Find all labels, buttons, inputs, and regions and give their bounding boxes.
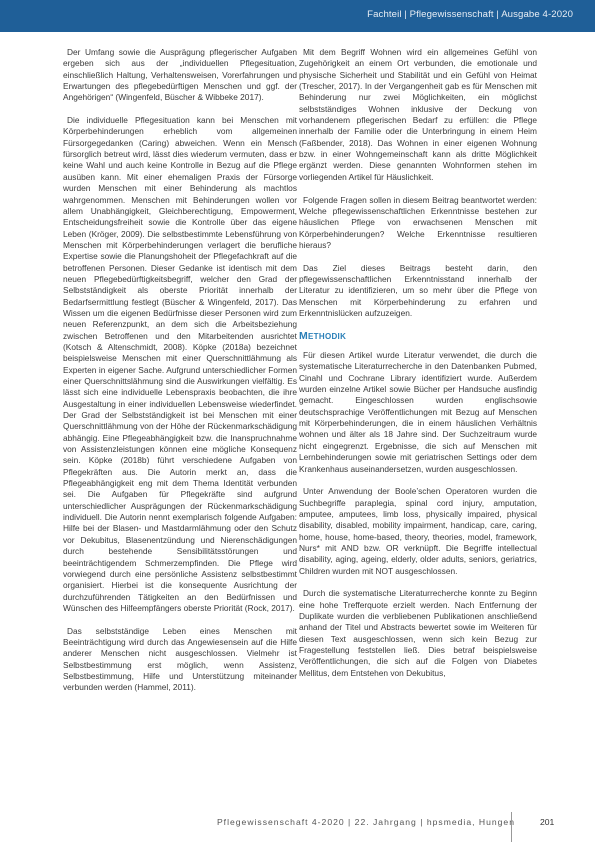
paragraph: Das selbstständige Leben eines Menschen … bbox=[63, 626, 297, 694]
paragraph: Die individuelle Pflegesituation kann be… bbox=[63, 115, 297, 614]
paragraph: Unter Anwendung der Boole’schen Operator… bbox=[299, 486, 537, 577]
footer-divider bbox=[511, 812, 512, 842]
paragraph: Durch die systematische Literaturrecherc… bbox=[299, 588, 537, 679]
right-column: Mit dem Begriff Wohnen wird ein allgemei… bbox=[299, 47, 537, 691]
paragraph: Mit dem Begriff Wohnen wird ein allgemei… bbox=[299, 47, 537, 183]
section-heading-methodik: METHODIK bbox=[299, 331, 537, 342]
section-heading-rest: ETHODIK bbox=[308, 332, 346, 341]
footer-publication: Pflegewissenschaft 4-2020 | 22. Jahrgang… bbox=[217, 817, 515, 827]
paragraph: Das Ziel dieses Beitrags besteht darin, … bbox=[299, 263, 537, 320]
page-footer: Pflegewissenschaft 4-2020 | 22. Jahrgang… bbox=[0, 812, 595, 842]
paragraph: Folgende Fragen sollen in diesem Beitrag… bbox=[299, 195, 537, 252]
paragraph: Für diesen Artikel wurde Literatur verwe… bbox=[299, 350, 537, 475]
running-title: Fachteil | Pflegewissenschaft | Ausgabe … bbox=[367, 9, 573, 20]
left-column: Der Umfang sowie die Ausprägung pflegeri… bbox=[63, 47, 297, 705]
paragraph: Der Umfang sowie die Ausprägung pflegeri… bbox=[63, 47, 297, 104]
section-heading-initial: M bbox=[299, 330, 308, 342]
page-number: 201 bbox=[540, 817, 554, 827]
running-header-bar: Fachteil | Pflegewissenschaft | Ausgabe … bbox=[0, 0, 595, 32]
